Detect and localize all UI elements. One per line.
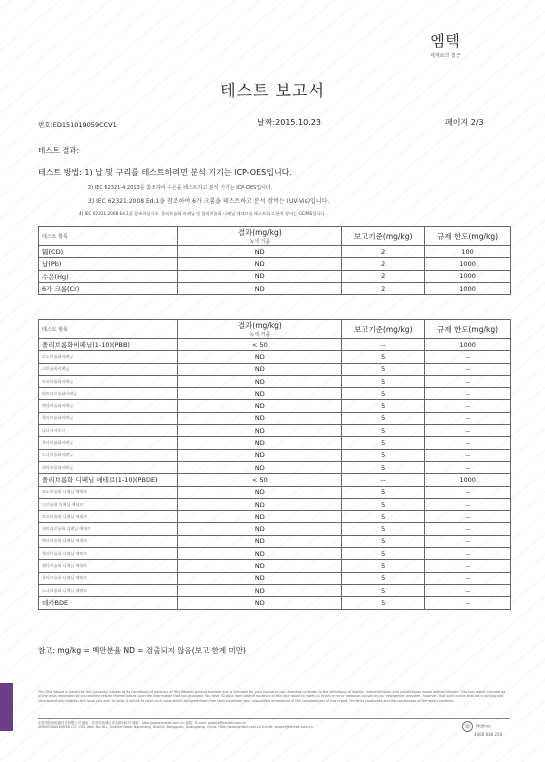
hotline-label: Hotline [476, 724, 490, 729]
test-item-cell: 모노브롬화 디페닐 에테르 [39, 486, 178, 498]
result-cell: ND [178, 597, 342, 609]
table-row: 6가 크롬(Cr)ND21000 [39, 282, 511, 294]
reporting-limit-cell: 5 [342, 548, 425, 560]
table-row: 옥타브롬화비페닐ND5-- [39, 437, 511, 449]
regulatory-limit-cell: -- [425, 548, 511, 560]
result-cell: ND [178, 560, 342, 572]
test-item-cell: 헵타브롬화 디페닐 에테르 [39, 560, 178, 572]
test-method-line-2: 2) IEC 62321-4:2013를 참조하여 수은을 테스트하고 분석 기… [88, 184, 272, 191]
test-item-cell: 테트라브롬화 디페닐 에테르 [39, 523, 178, 535]
regulatory-limit-cell: -- [425, 535, 511, 547]
reporting-limit-cell: 5 [342, 412, 425, 424]
table-row: 노나브롬화비페닐ND5-- [39, 449, 511, 461]
result-cell: ND [178, 412, 342, 424]
reporting-limit-cell: 5 [342, 511, 425, 523]
reporting-limit-cell: 5 [342, 425, 425, 437]
table-row: 모노브롬화 디페닐 에테르ND5-- [39, 486, 511, 498]
report-date: 날짜:2015.10.23 [257, 117, 321, 128]
result-cell: ND [178, 498, 342, 510]
table-row: 테트라브롬화 디페닐 에테르ND5-- [39, 523, 511, 535]
header-result-label: 결과(mg/kg) [181, 320, 338, 331]
test-item-cell: 트리브롬화 디페닐 에테르 [39, 511, 178, 523]
regulatory-limit-cell: -- [425, 449, 511, 461]
reporting-limit-cell: 5 [342, 560, 425, 572]
logo-text: 엠텍 [430, 30, 461, 51]
table-row: 펜타브롬화 디페닐 에테르ND5-- [39, 535, 511, 547]
regulatory-limit-cell: 100 [425, 246, 511, 258]
regulatory-limit-cell: 1000 [425, 282, 511, 294]
table-row: 헥사브롬화 디페닐 에테르ND5-- [39, 548, 511, 560]
regulatory-limit-cell: -- [425, 560, 511, 572]
footer-divider [38, 718, 510, 719]
regulatory-limit-cell: 1000 [425, 474, 511, 486]
reporting-limit-cell: 5 [342, 498, 425, 510]
table-row: 헥사브롬화비페닐ND5-- [39, 412, 511, 424]
table-row: 노나브롬화 디페닐 에테르ND5-- [39, 584, 511, 596]
regulatory-limit-cell: -- [425, 486, 511, 498]
regulatory-limit-cell: -- [425, 597, 511, 609]
result-cell: ND [178, 388, 342, 400]
result-cell: < 50 [178, 474, 342, 486]
reporting-limit-cell: 2 [342, 282, 425, 294]
regulatory-limit-cell: -- [425, 584, 511, 596]
table-row: 납(Pb)ND21000 [39, 258, 511, 270]
test-item-cell: 디브롬화비페닐 [39, 363, 178, 375]
reporting-limit-cell: 5 [342, 572, 425, 584]
hotline-number: 4008 838 258 [474, 732, 502, 737]
report-number: 번호:ED151019059CCV1 [38, 120, 117, 129]
test-item-cell: 폴리브롬화비페닐(1-10)(PBB) [39, 339, 178, 351]
reporting-limit-cell: 2 [342, 270, 425, 282]
table-row: 폴리브롬화 디페닐 에테르(1-10)(PBDE)< 50--1000 [39, 474, 511, 486]
reporting-limit-cell: 5 [342, 400, 425, 412]
side-accent-bar [0, 683, 13, 731]
reporting-limit-cell: 5 [342, 375, 425, 387]
regulatory-limit-cell: -- [425, 523, 511, 535]
table-row: 镉(CD)ND2100 [39, 246, 511, 258]
test-item-cell: 수은(Hg) [39, 270, 178, 282]
phone-icon: ☏ [462, 721, 473, 732]
table-row: 디브롬화비페닐ND5-- [39, 363, 511, 375]
table-row: 옥타브롬화 디페닐 에테르ND5-- [39, 572, 511, 584]
result-cell: ND [178, 511, 342, 523]
footer-disclaimer: This Test Report is issued by the Compan… [38, 690, 508, 703]
test-item-cell: 노나브롬화 디페닐 에테르 [39, 584, 178, 596]
footer-address: 东莞市信测检测技术有限公司 地址：东莞市南城区莞太路261号 网址：http:/… [38, 721, 458, 730]
result-cell: ND [178, 449, 342, 461]
reporting-limit-cell: 5 [342, 437, 425, 449]
header-result-sample: 녹색 거품 [181, 238, 338, 245]
test-item-cell: 테트라브롬화비페닐 [39, 388, 178, 400]
result-cell: ND [178, 425, 342, 437]
regulatory-limit-cell: -- [425, 461, 511, 473]
result-cell: ND [178, 400, 342, 412]
regulatory-limit-cell: -- [425, 498, 511, 510]
result-cell: < 50 [178, 339, 342, 351]
result-cell: ND [178, 523, 342, 535]
reporting-limit-cell: 5 [342, 449, 425, 461]
footer-hotline: ☏ Hotline 4008 838 258 [462, 721, 502, 737]
regulatory-limit-cell: -- [425, 425, 511, 437]
regulatory-limit-cell: -- [425, 388, 511, 400]
table-row: 트리브롬화 디페닐 에테르ND5-- [39, 511, 511, 523]
result-cell: ND [178, 535, 342, 547]
reporting-limit-cell: 5 [342, 486, 425, 498]
regulatory-limit-cell: -- [425, 351, 511, 363]
test-item-cell: 펜타브롬화 디페닐 에테르 [39, 535, 178, 547]
test-item-cell: 헥사브롬화 디페닐 에테르 [39, 548, 178, 560]
test-item-cell: 6가 크롬(Cr) [39, 282, 178, 294]
reporting-limit-cell: 5 [342, 351, 425, 363]
reporting-limit-cell: 5 [342, 523, 425, 535]
footer-address-en: DONGGUAN EMTEK CO., LTD. Add: No.261, Gu… [38, 725, 458, 729]
header-result: 결과(mg/kg) 녹색 거품 [178, 320, 342, 339]
regulatory-limit-cell: -- [425, 511, 511, 523]
result-cell: ND [178, 258, 342, 270]
regulatory-limit-cell: -- [425, 437, 511, 449]
results-label: 테스트 결과: [38, 145, 79, 156]
table-row: 데카BDEND5-- [39, 597, 511, 609]
result-cell: ND [178, 437, 342, 449]
reporting-limit-cell: 2 [342, 246, 425, 258]
result-cell: ND [178, 461, 342, 473]
page-number: 페이지 2/3 [445, 117, 484, 128]
test-item-cell: 镉(CD) [39, 246, 178, 258]
result-cell: ND [178, 363, 342, 375]
table-header-row: 테스트 항목 결과(mg/kg) 녹색 거품 보고기준(mg/kg) 규제 한도… [39, 227, 511, 246]
table-row: 디브롬화 디페닐 에테르ND5-- [39, 498, 511, 510]
test-item-cell: 폴리브롬화 디페닐 에테르(1-10)(PBDE) [39, 474, 178, 486]
header-regulatory-limit: 규제 한도(mg/kg) [425, 320, 511, 339]
reporting-limit-cell: 5 [342, 363, 425, 375]
header-result: 결과(mg/kg) 녹색 거품 [178, 227, 342, 246]
reporting-limit-cell: 2 [342, 258, 425, 270]
test-item-cell: 옥타브롬화비페닐 [39, 437, 178, 449]
result-cell: ND [178, 246, 342, 258]
page-title: 테스트 보고서 [0, 78, 545, 101]
header-reporting-limit: 보고기준(mg/kg) [342, 320, 425, 339]
table-row: 펜타브롬화비페닐ND5-- [39, 400, 511, 412]
test-item-cell: 디브롬화 디페닐 에테르 [39, 498, 178, 510]
reporting-limit-cell: 5 [342, 584, 425, 596]
regulatory-limit-cell: 1000 [425, 339, 511, 351]
table-row: 데카브롬화비페닐ND5-- [39, 461, 511, 473]
table-row: 나나시사토시ND5-- [39, 425, 511, 437]
table-row: 테트라브롬화비페닐ND5-- [39, 388, 511, 400]
test-item-cell: 노나브롬화비페닐 [39, 449, 178, 461]
reporting-limit-cell: -- [342, 474, 425, 486]
test-item-cell: 모노브롬화비페닐 [39, 351, 178, 363]
regulatory-limit-cell: -- [425, 363, 511, 375]
header-reporting-limit: 보고기준(mg/kg) [342, 227, 425, 246]
reporting-limit-cell: -- [342, 339, 425, 351]
reporting-limit-cell: 5 [342, 388, 425, 400]
table-header-row: 테스트 항목 결과(mg/kg) 녹색 거품 보고기준(mg/kg) 규제 한도… [39, 320, 511, 339]
test-method-line-1: 테스트 방법: 1) 납 및 구리를 테스트하려면 분석 기기는 ICP-OES… [38, 167, 292, 178]
company-logo: 엠텍 세계로의 접근 [430, 30, 461, 59]
header-result-sample: 녹색 거품 [181, 331, 338, 338]
test-item-cell: 데카BDE [39, 597, 178, 609]
test-method-line-4: 4) IEC 62321:2008 Ed.1을 참조하십시오. 폴리브롬화 비페… [79, 211, 326, 217]
heavy-metals-table: 테스트 항목 결과(mg/kg) 녹색 거품 보고기준(mg/kg) 규제 한도… [38, 226, 511, 295]
result-cell: ND [178, 351, 342, 363]
test-item-cell: 헥사브롬화비페닐 [39, 412, 178, 424]
test-method-line-3: 3) IEC 62321:2008 Ed.1을 참조하여 6가 크롬을 테스트하… [88, 196, 329, 205]
result-cell: ND [178, 375, 342, 387]
result-cell: ND [178, 548, 342, 560]
regulatory-limit-cell: -- [425, 400, 511, 412]
result-cell: ND [178, 486, 342, 498]
header-result-label: 결과(mg/kg) [181, 227, 338, 238]
header-regulatory-limit: 규제 한도(mg/kg) [425, 227, 511, 246]
header-test-item: 테스트 항목 [39, 227, 178, 246]
test-item-cell: 데카브롬화비페닐 [39, 461, 178, 473]
test-item-cell: 납(Pb) [39, 258, 178, 270]
regulatory-limit-cell: 1000 [425, 270, 511, 282]
table-row: 폴리브롬화비페닐(1-10)(PBB)< 50--1000 [39, 339, 511, 351]
test-item-cell: 펜타브롬화비페닐 [39, 400, 178, 412]
header-test-item: 테스트 항목 [39, 320, 178, 339]
result-cell: ND [178, 270, 342, 282]
result-cell: ND [178, 572, 342, 584]
regulatory-limit-cell: -- [425, 572, 511, 584]
reporting-limit-cell: 5 [342, 535, 425, 547]
test-item-cell: 옥타브롬화 디페닐 에테르 [39, 572, 178, 584]
test-item-cell: 나나시사토시 [39, 425, 178, 437]
reporting-limit-cell: 5 [342, 597, 425, 609]
table-row: 수은(Hg)ND21000 [39, 270, 511, 282]
test-item-cell: 트리브롬화비페닐 [39, 375, 178, 387]
regulatory-limit-cell: 1000 [425, 258, 511, 270]
regulatory-limit-cell: -- [425, 375, 511, 387]
table-row: 트리브롬화비페닐ND5-- [39, 375, 511, 387]
reporting-limit-cell: 5 [342, 461, 425, 473]
table-row: 헵타브롬화 디페닐 에테르ND5-- [39, 560, 511, 572]
logo-slogan: 세계로의 접근 [430, 52, 461, 59]
table-row: 모노브롬화비페닐ND5-- [39, 351, 511, 363]
units-note: 참고: mg/kg = 백만분율 ND = 검출되지 않음(보고 한계 미만) [38, 645, 246, 656]
result-cell: ND [178, 584, 342, 596]
result-cell: ND [178, 282, 342, 294]
brominated-compounds-table: 테스트 항목 결과(mg/kg) 녹색 거품 보고기준(mg/kg) 규제 한도… [38, 319, 511, 610]
regulatory-limit-cell: -- [425, 412, 511, 424]
